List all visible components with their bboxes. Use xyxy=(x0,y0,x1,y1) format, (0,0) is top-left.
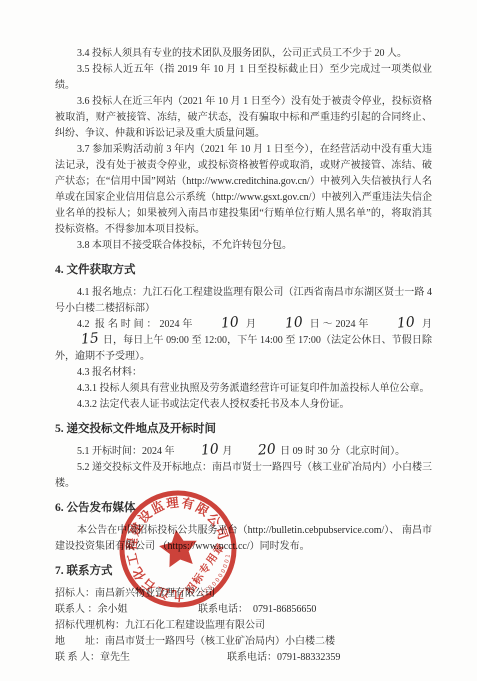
contact-name: 联系人 ：余小姐 xyxy=(55,604,128,615)
clause-3-4: 3.4 投标人须具有专业的技术团队及服务团队，公司正式员工不少于 20 人。 xyxy=(55,46,432,62)
section-6-heading: 6. 公告发布媒体 xyxy=(55,500,432,517)
document-page: 3.4 投标人须具有专业的技术团队及服务团队，公司正式员工不少于 20 人。 3… xyxy=(0,0,477,681)
handwritten-day-1: 10 xyxy=(262,315,303,332)
contact-block: 招标人：南昌新兴物业管理有限公司 联系人 ：余小姐联系电话： 0791-8685… xyxy=(55,586,432,666)
contact-name: 联 系 人：章先生 xyxy=(55,652,130,663)
para-5-1: 5.1 开标时间：2024 年10月20日 09 时 30 分（北京时间）。 xyxy=(55,444,432,460)
clause-3-7: 3.7 参加采购活动前 3 年内（2021 年 10 月 1 日至今），在经营活… xyxy=(55,142,432,238)
section-5-heading: 5. 递交投标文件地点及开标时间 xyxy=(55,421,432,438)
contact-row-tenderer: 招标人：南昌新兴物业管理有限公司 xyxy=(55,586,432,602)
para-5-1-text: 5.1 开标时间：2024 年 xyxy=(77,446,175,457)
section-4-heading: 4. 文件获取方式 xyxy=(55,262,432,279)
para-5-1-text: 月 xyxy=(222,446,232,457)
para-4-2: 4.2 报名时间：2024年10月10日～2024年10月15日，每日上午 09… xyxy=(55,317,432,365)
para-4-2-text: 月 xyxy=(243,319,259,330)
clause-3-8: 3.8 本项目不接受联合体投标，不允许转包分包。 xyxy=(55,238,432,254)
contact-row-contact1: 联系人 ：余小姐联系电话： 0791-86856650 xyxy=(55,602,432,618)
contact-row-contact2: 联 系 人：章先生联系电话：0791-88332359 xyxy=(55,650,432,666)
section-7-heading: 7. 联系方式 xyxy=(55,563,432,580)
para-4-2-text: 月 xyxy=(419,319,432,330)
handwritten-day-3: 20 xyxy=(236,442,277,459)
contact-phone-1: 联系电话： 0791-86856650 xyxy=(198,602,316,618)
para-4-3-1: 4.3.1 投标人须具有营业执照及劳务派遣经营许可证复印件加盖投标人单位公章。 xyxy=(55,381,432,397)
clause-3-6: 3.6 投标人在近三年内（2021 年 10 月 1 日至今）没有处于被责令停业… xyxy=(55,94,432,142)
handwritten-month-3: 10 xyxy=(178,442,219,459)
handwritten-day-2: 15 xyxy=(58,331,99,348)
handwritten-month-2: 10 xyxy=(375,315,416,332)
contact-row-agency: 招标代理机构：九江石化工程建设监理有限公司 xyxy=(55,618,432,634)
para-4-1: 4.1 报名地点：九江石化工程建设监理有限公司（江西省南昌市东湖区贤士一路 4 … xyxy=(55,285,432,317)
para-4-2-text: 日，每日上午 09:00 至 12:00，下午 14:00 至 17:00（法定… xyxy=(55,335,432,362)
para-4-3: 4.3 报名材料： xyxy=(55,365,432,381)
para-4-3-2: 4.3.2 法定代表人证书或法定代表人授权委托书及本人身份证。 xyxy=(55,397,432,413)
para-4-2-text: 日～2024年 xyxy=(307,319,372,330)
contact-phone-2: 联系电话：0791-88332359 xyxy=(227,650,340,666)
handwritten-month-1: 10 xyxy=(199,315,240,332)
para-5-1-text: 日 09 时 30 分（北京时间）。 xyxy=(280,446,405,457)
contact-row-address: 地 址：南昌市贤士一路四号（核工业矿冶局内）小白楼二楼 xyxy=(55,634,432,650)
para-4-2-text: 4.2 报名时间：2024年 xyxy=(77,319,195,330)
clause-3-5: 3.5 投标人近五年（指 2019 年 10 月 1 日至投标截止日）至少完成过… xyxy=(55,62,432,94)
para-5-2: 5.2 递交投标文件及开标地点：南昌市贤士一路四号（核工业矿冶局内）小白楼三楼。 xyxy=(55,460,432,492)
para-6-body: 本公告在中国招标投标公共服务平台（http://bulletin.cebpubs… xyxy=(55,523,432,555)
